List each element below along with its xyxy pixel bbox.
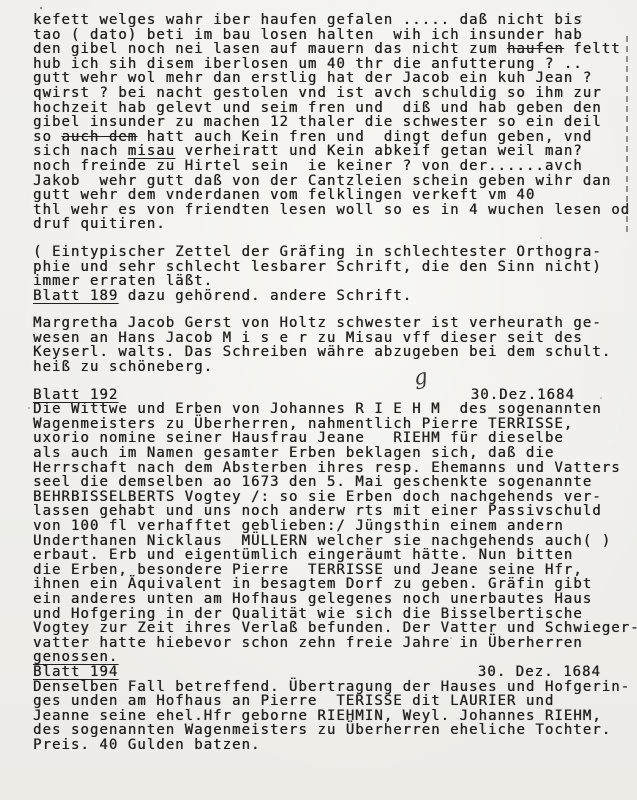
text-line: gibel insunder zu machen 12 thaler die s…: [33, 115, 637, 130]
text-line: als auch im Namen gesamter Erben beklage…: [33, 446, 637, 461]
text-line: Wagenmeisters zu Überherren, nahmentlich…: [33, 417, 637, 432]
text-line: ein anderes unten am Hofhaus gelegenes n…: [33, 592, 637, 607]
text-line: Blatt 189 dazu gehörend. andere Schrift.: [33, 289, 637, 304]
text-line: Preis. 40 Gulden batzen.: [33, 738, 637, 753]
text-line: vatter hatte hiebevor schon zehn freie J…: [33, 636, 637, 651]
text-line: gutt wehr dem vnderdanen vom felklingen …: [33, 188, 637, 203]
text-line: genossen.: [33, 650, 637, 665]
text-line: phie und sehr schlecht lesbarer Schrift,…: [33, 260, 637, 275]
text-line: hochzeit hab gelevt und seim fren und di…: [33, 101, 637, 116]
archivist-note: ( Eintypischer Zettel der Gräfing in sch…: [33, 245, 637, 289]
text-line: kefett welges wahr iber haufen gefalen .…: [33, 13, 637, 28]
text-line: noch freinde zu Hirtel sein ie keiner ? …: [33, 159, 637, 174]
text-line: BEHRBISSELBERTS Vogtey /: so sie Erben d…: [33, 490, 637, 505]
text-line: tao ( dato) beti im bau losen halten wih…: [33, 28, 637, 43]
text-line: ihnen ein Äquivalent in besagtem Dorf zu…: [33, 577, 637, 592]
scanned-document-page: g kefett welges wahr iber haufen gefalen…: [0, 0, 637, 800]
margretha-note: Margretha Jacob Gerst von Holtz schweste…: [33, 316, 637, 374]
text-line: uxorio nomine seiner Hausfrau Jeane RIEH…: [33, 431, 637, 446]
text-line: Margretha Jacob Gerst von Holtz schweste…: [33, 316, 637, 331]
blatt-date: 30.Dez.1684: [471, 388, 575, 403]
blatt-label: Blatt 192: [33, 388, 118, 403]
text-line: Underthanen Nicklaus MÜLLERN welcher sie…: [33, 534, 637, 549]
text-line: immer erraten läßt.: [33, 274, 637, 289]
text-line: druf quitiren.: [33, 217, 637, 232]
blatt-date: 30. Dez. 1684: [478, 665, 601, 680]
blatt-header-blatt-192: Blatt 19230.Dez.1684: [33, 388, 637, 403]
blatt-header-blatt-194: Blatt 19430. Dez. 1684: [33, 665, 637, 680]
blatt-194-entry: Denselben Fall betreffend. Übertragung d…: [33, 680, 637, 753]
text-line: ges unden am Hofhaus an Pierre TERISSE d…: [33, 694, 637, 709]
blatt-label: Blatt 194: [33, 665, 118, 680]
paper-specks: [40, 7, 42, 9]
text-line: des sogenannten Wagenmeisters zu Überher…: [33, 723, 637, 738]
text-line: thl wehr es von friendten lesen woll so …: [33, 203, 637, 218]
letter-transcript: kefett welges wahr iber haufen gefalen .…: [33, 13, 637, 232]
text-line: den gibel noch nei lasen auf mauern das …: [33, 42, 637, 57]
text-line: qwirst ? bei nacht gestolen vnd ist avch…: [33, 86, 637, 101]
text-line: hub ich sih disem iberlosen um 40 thr di…: [33, 57, 637, 72]
page-edge-dashed-line: [626, 36, 628, 232]
text-line: Jakob wehr gutt daß von der Cantzleien s…: [33, 174, 637, 189]
text-line: Die Wittwe und Erben von Johannes R I E …: [33, 402, 637, 417]
text-line: ( Eintypischer Zettel der Gräfing in sch…: [33, 245, 637, 260]
text-line: seel die demselben ao 1673 den 5. Mai ge…: [33, 475, 637, 490]
text-line: Vogtey zur Zeit ihres Verlaß befunden. D…: [33, 621, 637, 636]
text-line: von 100 fl verhafftet geblieben:/ Jüngst…: [33, 519, 637, 534]
text-line: wesen an Hans Jacob M i s e r zu Misau v…: [33, 331, 637, 346]
document-text-block: kefett welges wahr iber haufen gefalen .…: [0, 0, 637, 753]
text-line: Keyserl. walts. Das Schreiben währe abzu…: [33, 345, 637, 360]
text-line: erbaut. Erb und eigentümlich eingeräumt …: [33, 548, 637, 563]
text-line: lassen gehabt und uns noch anderw rts mi…: [33, 504, 637, 519]
text-line: heiß zu schöneberg.: [33, 360, 637, 375]
text-line: gutt wehr wol mehr dan erstlig hat der J…: [33, 71, 637, 86]
blatt-189-note: Blatt 189 dazu gehörend. andere Schrift.: [33, 289, 637, 304]
text-line: sich nach misau verheiratt und Kein abke…: [33, 144, 637, 159]
text-line: Denselben Fall betreffend. Übertragung d…: [33, 680, 637, 695]
text-line: Herrschaft nach dem Absterben ihres resp…: [33, 461, 637, 476]
text-line: so auch dem hatt auch Kein fren und ding…: [33, 130, 637, 145]
blatt-192-entry: Die Wittwe und Erben von Johannes R I E …: [33, 402, 637, 665]
text-line: und Hofgering in der Qualität wie sich d…: [33, 607, 637, 622]
